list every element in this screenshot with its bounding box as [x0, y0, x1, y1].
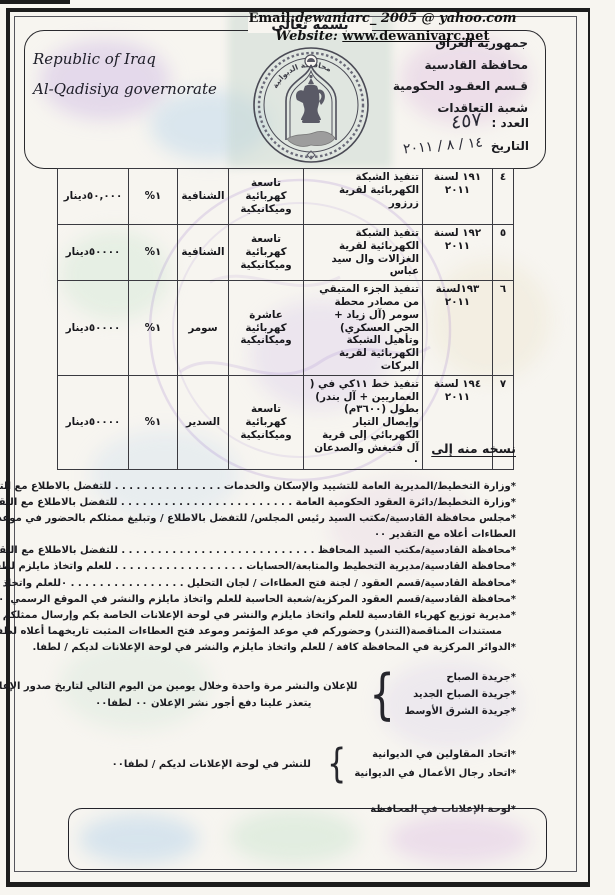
location-cell: سومر — [178, 281, 229, 376]
seq-cell: ٤ — [493, 169, 514, 225]
tender-no-line2: ٢٠١١ — [426, 240, 489, 253]
tenders-table: ٤ ١٩١ لسنة ٢٠١١ تنفيذ الشبكة الكهربائية … — [57, 168, 514, 470]
english-governorate: Al-Qadisiya governorate — [33, 74, 217, 104]
table-row: ٦ ١٩٣لسنة ٢٠١١ تنفيذ الجزء المتبقي من مص… — [58, 281, 514, 376]
website-label: Website: — [276, 29, 338, 44]
email-label: Email: — [249, 11, 296, 26]
document-number-value: ٤٥٧ — [451, 108, 482, 134]
copies-line: *محافظة القادسية/قسم العقود المركزية/شعب… — [28, 592, 516, 608]
email-line: Email:dewaniarc_ 2005 @ yahoo.com — [150, 10, 615, 28]
unions-group: *اتحاد المقاولين في الديوانية *اتحاد رجا… — [28, 741, 516, 787]
copies-line: *مجلس محافظة القادسية/مكتب السيد رئيس ال… — [28, 511, 516, 527]
copies-line: *وزارة التخطيط/دائرة العقود الحكومية الع… — [28, 495, 516, 511]
scan-smudge — [389, 814, 529, 864]
insurance-cell: %١ — [129, 169, 178, 225]
table-row: ٤ ١٩١ لسنة ٢٠١١ تنفيذ الشبكة الكهربائية … — [58, 169, 514, 225]
governorate-seal-icon: محافظة الديوانية — [251, 43, 371, 167]
project-cell: تنفيذ الشبكة الكهربائية لقرية الغزالات و… — [304, 225, 423, 281]
copies-line: *وزارة التخطيط/المديرية العامة للتشييد و… — [28, 479, 516, 495]
arabic-department: قـسم العقـود الحكومية — [378, 76, 528, 98]
price-cell: ٥٠٠٠٠دينار — [58, 281, 129, 376]
website-value[interactable]: www.dewanivarc.net — [342, 29, 489, 44]
union-item: *اتحاد المقاولين في الديوانية — [354, 745, 516, 764]
copies-section: نسخه منه إلى *وزارة التخطيط/المديرية الع… — [28, 441, 516, 818]
copies-line: *محافظة القادسية/مديرية التخطيط والمتابع… — [28, 559, 516, 575]
copies-line: العطاءات أعلاه مع التقدير ٠٠ — [28, 527, 516, 543]
newspaper-item: *جريدة الصباح الجديد — [405, 686, 516, 703]
brace-icon: { — [327, 741, 346, 787]
document-date-label: التاريخ — [491, 139, 529, 153]
document-number-label: العدد : — [492, 116, 529, 130]
tender-no-line1: ١٩١ لسنة — [426, 171, 489, 184]
email-value[interactable]: dewaniarc_ 2005 @ yahoo.com — [295, 11, 516, 26]
unions-list: *اتحاد المقاولين في الديوانية *اتحاد رجا… — [354, 745, 516, 783]
document-number-row: العدد : ٤٥٧ — [388, 110, 529, 132]
location-cell: الشنافية — [178, 225, 229, 281]
seq-cell: ٥ — [493, 225, 514, 281]
seq-cell: ٦ — [493, 281, 514, 376]
category-cell: عاشرة كهربائية وميكانيكية — [229, 281, 304, 376]
price-cell: ٥٠٠٠٠دينار — [58, 225, 129, 281]
newspapers-list: *جريدة الصباح *جريدة الصباح الجديد *جريد… — [405, 669, 516, 721]
copies-line: مستندات المناقصة(التندر) وحضوركم في موعد… — [28, 624, 502, 640]
copies-line: *محافظة القادسية/قسم العقود / لجنة فتح ا… — [28, 576, 516, 592]
newspapers-group: *جريدة الصباح *جريدة الصباح الجديد *جريد… — [28, 663, 516, 726]
copies-line: *الدوائر المركزية في المحافظة كافة / للع… — [28, 640, 516, 656]
english-letterhead: Republic of Iraq Al-Qadisiya governorate — [33, 44, 217, 104]
union-item: *اتحاد رجال الأعمال في الديوانية — [354, 764, 516, 783]
scan-smudge — [229, 809, 359, 864]
table-row: ٥ ١٩٢ لسنة ٢٠١١ تنفيذ الشبكة الكهربائية … — [58, 225, 514, 281]
arabic-governorate: محافظة القادسية — [378, 55, 528, 77]
insurance-cell: %١ — [129, 281, 178, 376]
tender-no-cell: ١٩١ لسنة ٢٠١١ — [423, 169, 493, 225]
project-cell: تنفيذ الشبكة الكهربائية لقرية زرزور — [304, 169, 423, 225]
project-cell: تنفيذ الجزء المتبقي من مصادر محطة سومر (… — [304, 281, 423, 376]
tender-no-line1: ١٩٤ لسنة — [426, 378, 489, 391]
tender-no-line2: ٢٠١١ — [426, 296, 489, 309]
tender-no-line1: ١٩٢ لسنة — [426, 227, 489, 240]
unions-note: للنشر في لوحة الإعلانات لديكم / لطفا٠٠ — [112, 759, 311, 770]
brace-icon: { — [370, 663, 396, 726]
location-cell: الشنافية — [178, 169, 229, 225]
category-cell: تاسعة كهربائية وميكانيكية — [229, 169, 304, 225]
tender-no-line1: ١٩٣لسنة — [426, 283, 489, 296]
tender-no-line2: ٢٠١١ — [426, 391, 489, 404]
copies-line: *مديرية توزيع كهرباء القادسية للعلم واتخ… — [28, 608, 516, 624]
document-date-row: التاريخ ١٤ / ٨ / ٢٠١١ — [362, 138, 529, 154]
newspaper-item: *جريدة الصباح — [405, 669, 516, 686]
newspaper-item: *جريدة الشرق الأوسط — [405, 703, 516, 720]
copies-line: *محافظة القادسية/مكتب السيد المحافظ . . … — [28, 543, 516, 559]
insurance-cell: %١ — [129, 225, 178, 281]
footer-contact: Email:dewaniarc_ 2005 @ yahoo.com Websit… — [150, 10, 615, 46]
tender-no-cell: ١٩٢ لسنة ٢٠١١ — [423, 225, 493, 281]
footer-box — [68, 808, 547, 870]
tender-no-cell: ١٩٣لسنة ٢٠١١ — [423, 281, 493, 376]
newspapers-note: للإعلان والنشر مرة واحدة وخلال يومين من … — [0, 678, 357, 712]
english-country: Republic of Iraq — [33, 44, 217, 74]
price-cell: ٥٠,٠٠٠دينار — [58, 169, 129, 225]
scan-artifact — [0, 0, 70, 4]
website-line: Website: www.dewanivarc.net — [150, 28, 615, 46]
copies-heading: نسخه منه إلى — [28, 441, 516, 456]
scan-smudge — [79, 814, 199, 864]
tender-no-line2: ٢٠١١ — [426, 184, 489, 197]
category-cell: تاسعة كهربائية وميكانيكية — [229, 225, 304, 281]
